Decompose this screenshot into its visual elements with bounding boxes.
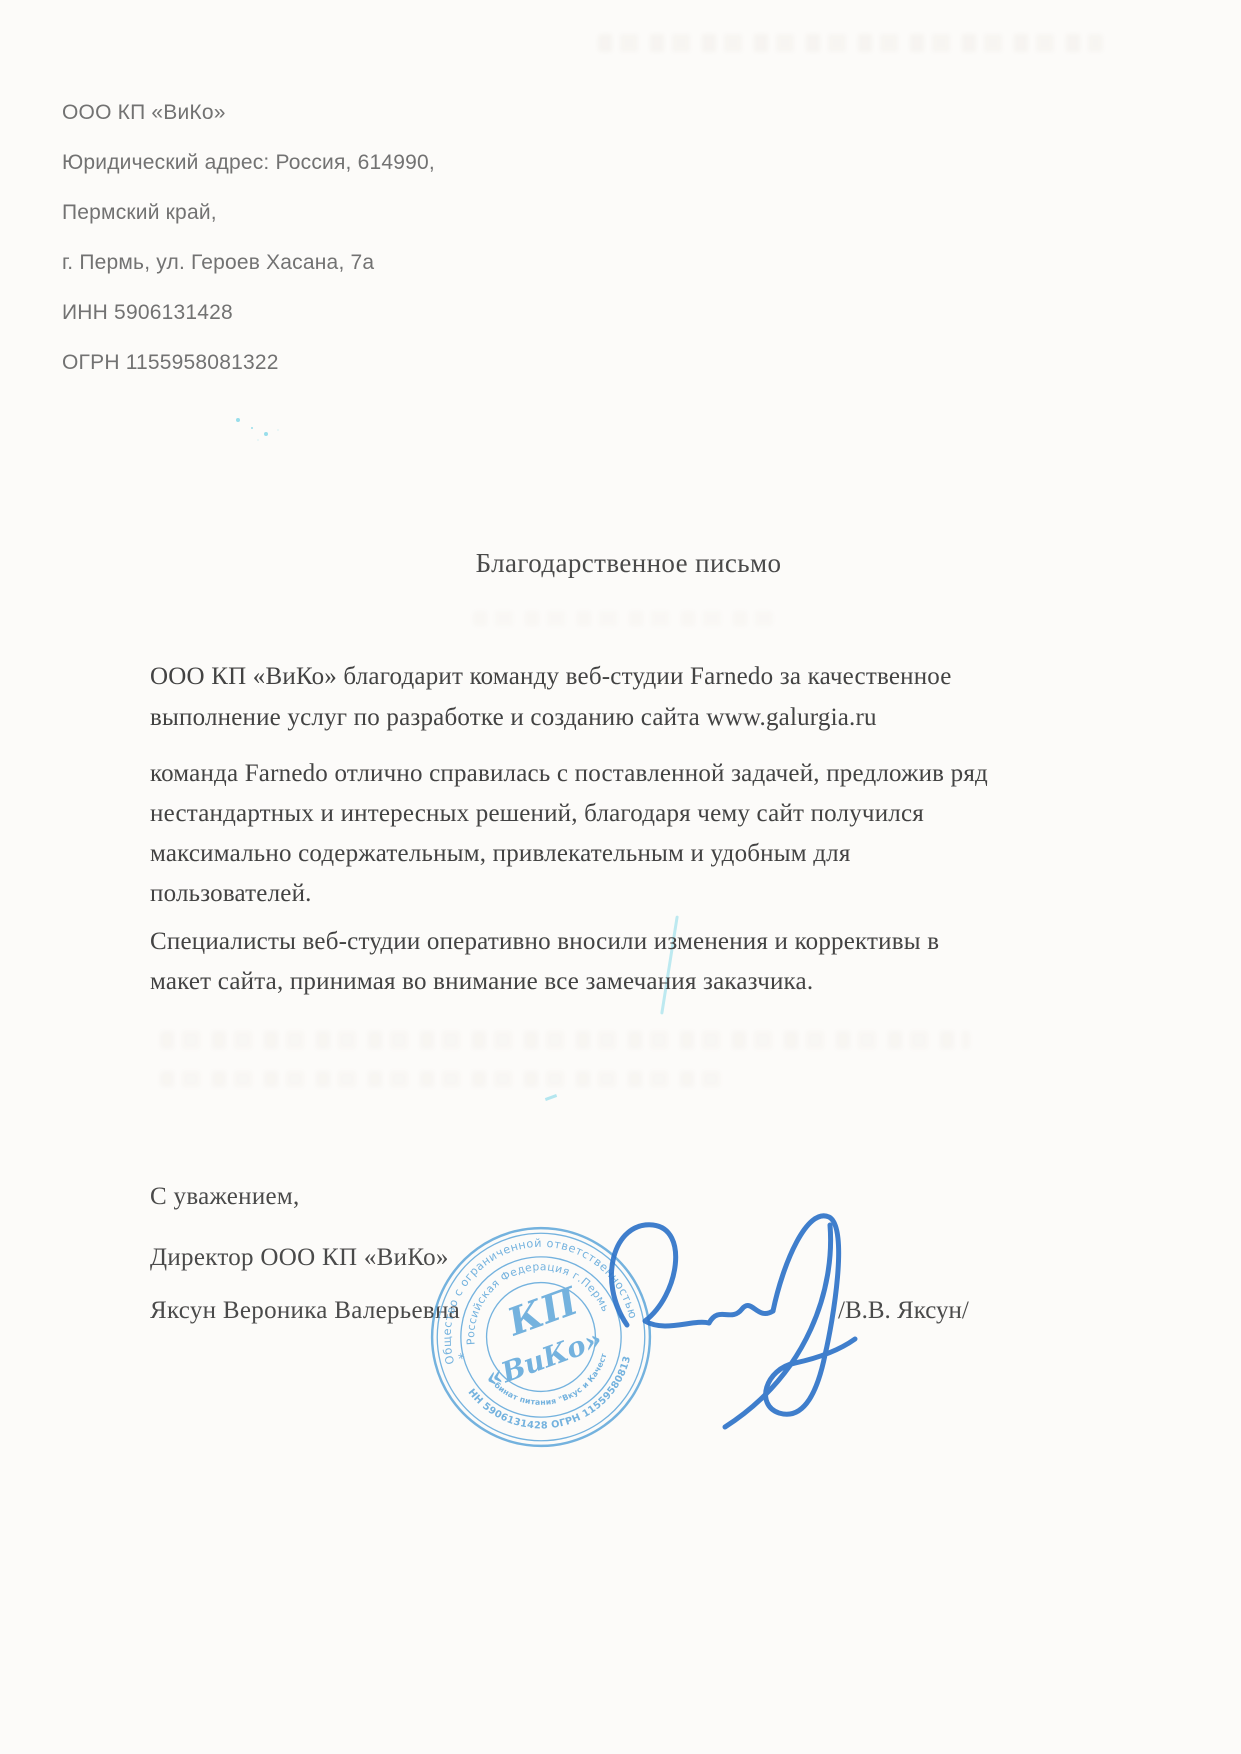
scan-ink-dash [545, 1094, 557, 1101]
scan-ghost-text-top [598, 34, 1103, 52]
paragraph-specialists: Специалисты веб-студии оперативно вносил… [150, 922, 1110, 1002]
paragraph-team-performance: команда Farnedo отлично справилась с пос… [150, 754, 1110, 914]
scan-ghost-text-under-title [473, 611, 773, 626]
paragraph-gratitude: ООО КП «ВиКо» благодарит команду веб-сту… [150, 656, 1110, 738]
closing-name: Яксун Вероника Валерьевна [150, 1297, 460, 1325]
scan-ghost-text-middle-2 [160, 1071, 730, 1087]
letter-title: Благодарственное письмо [0, 548, 1241, 579]
signature-stroke-descender [725, 1225, 831, 1427]
signature-ink [585, 1183, 865, 1443]
scan-ink-speck-cluster [236, 418, 240, 422]
company-header: ООО КП «ВиКо» Юридический адрес: Россия,… [62, 88, 435, 388]
signature-stroke-initial-loop [611, 1225, 709, 1326]
signature-stroke-tall-loop [766, 1216, 855, 1414]
stamp-separator-left: * [457, 1351, 467, 1367]
scanned-letter-page: ООО КП «ВиКо» Юридический адрес: Россия,… [0, 0, 1241, 1754]
closing-salutation: С уважением, [150, 1183, 300, 1211]
signature-stroke-squiggle [709, 1306, 773, 1323]
scan-ghost-text-middle-1 [160, 1031, 970, 1049]
